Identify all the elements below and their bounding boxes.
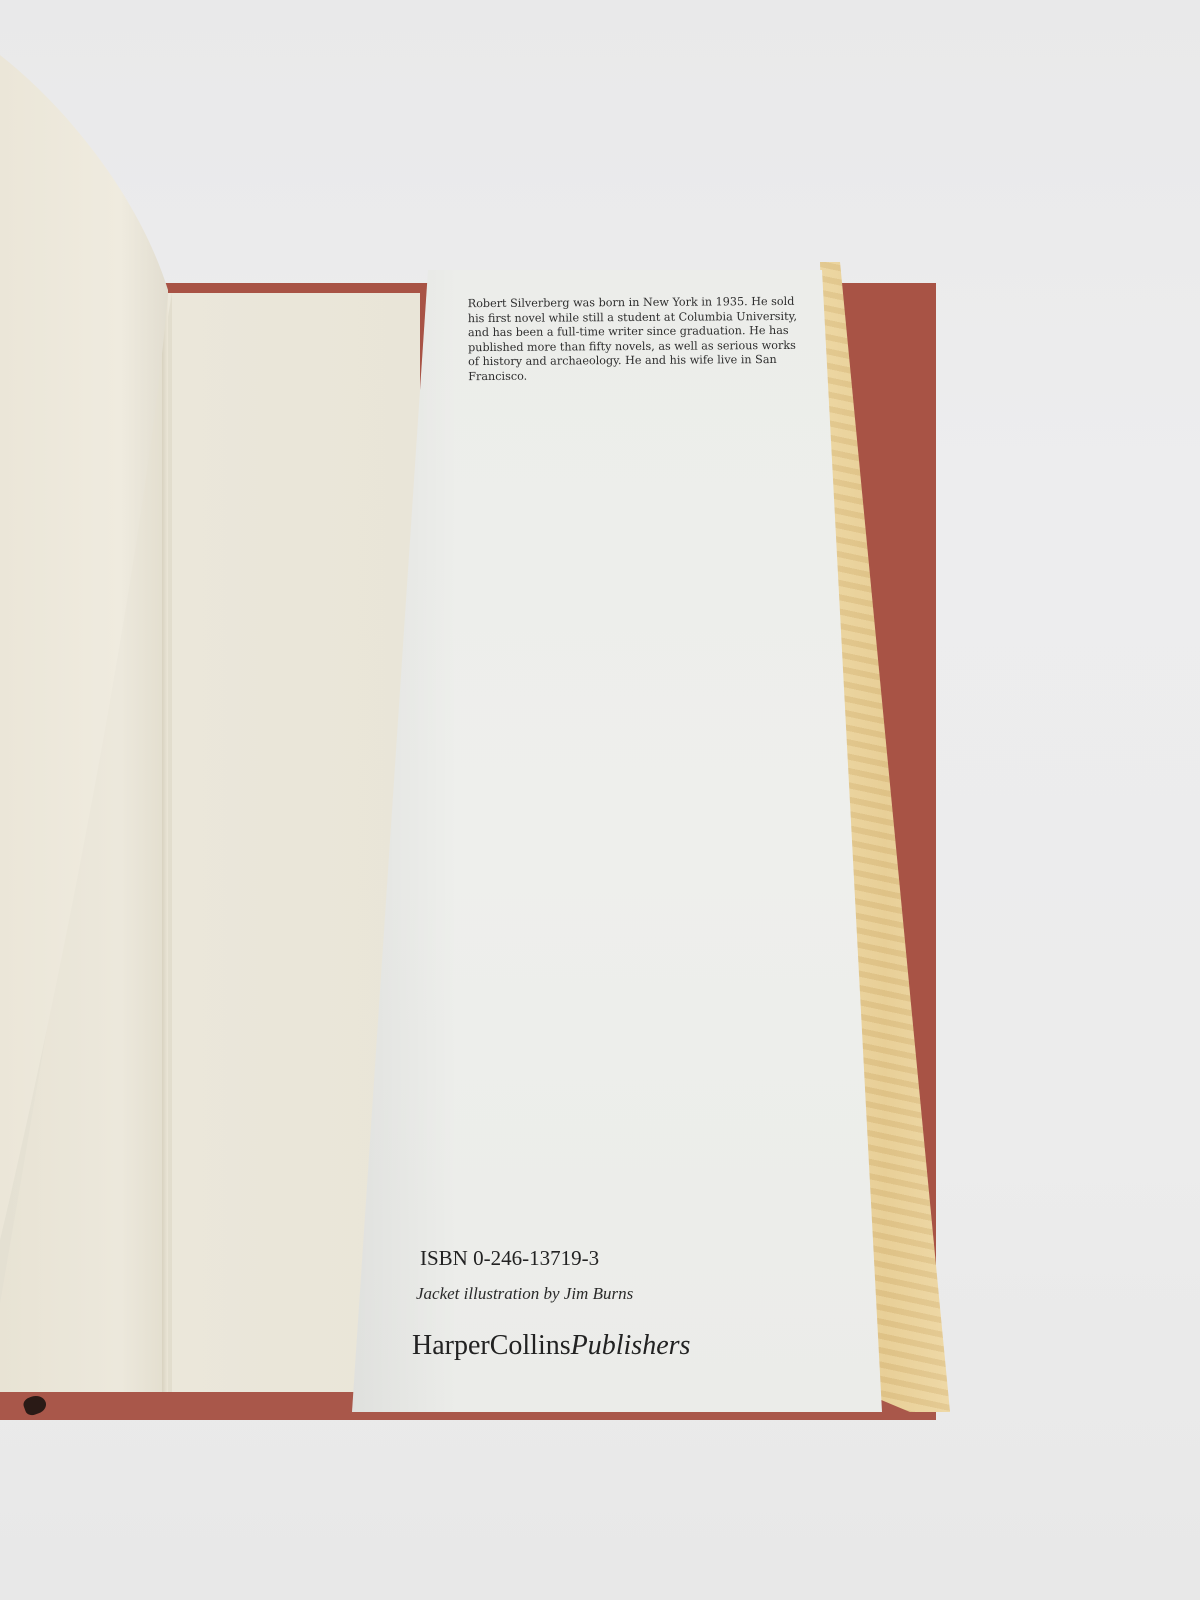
publisher-name: HarperCollins (412, 1330, 571, 1361)
photo-scene: Robert Silverberg was born in New York i… (0, 0, 1200, 1600)
publisher-imprint: HarperCollinsPublishers (412, 1330, 690, 1362)
jacket-credit: Jacket illustration by Jim Burns (416, 1284, 633, 1304)
jacket-flap-shadow (352, 270, 882, 1412)
publisher-suffix: Publishers (571, 1330, 691, 1361)
author-bio: Robert Silverberg was born in New York i… (468, 295, 799, 384)
isbn: ISBN 0-246-13719-3 (420, 1246, 599, 1271)
book-gutter (162, 293, 168, 1392)
